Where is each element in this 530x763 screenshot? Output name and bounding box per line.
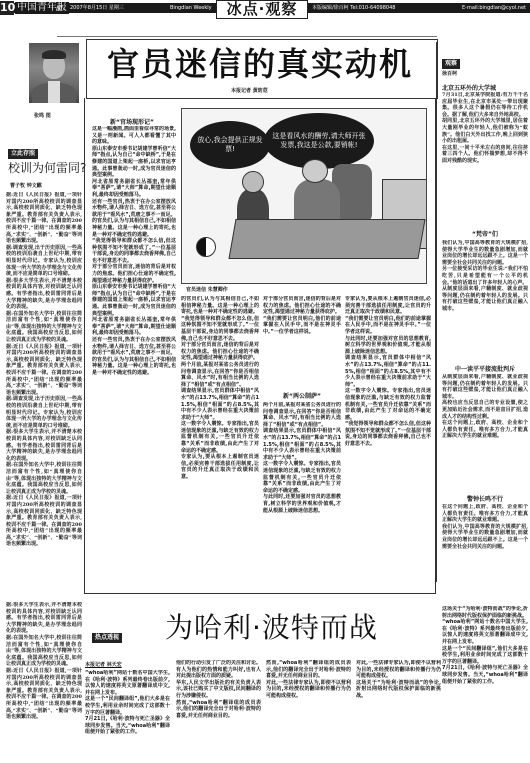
right-paragraph: 另一位接受采访的毕业生说:“我们不怕吃苦,只是希望能有一个公平的机会。”他的话道… [442,266,528,286]
right-body-4: 在这个问题上,政府、高校、企业和个人都负有责任。唯有多方合力,才能真正解决大学生… [442,504,528,600]
bottom-col-2: 他们的行动引发了广泛的关注和讨论。有人为他们的热情和能力叫好,也有人对此提出版权… [176,660,261,763]
contact-email: E-mail:bingdian@cyol.net [462,4,526,12]
weekly-name: Bingdian Weekly [170,4,212,12]
right-column-label: 观察 [442,59,460,69]
main-paragraph: “我觉得领导和群众都不怎么信,但这种氛围不知不觉就形成了。”一位基层干部说,身边… [345,421,431,447]
right-paragraph: 高校也应当反思自己的专业设置,使之更加贴近社会需求,而不是盲目扩招,造成人才的结… [442,400,528,420]
photo-shirt [48,81,60,103]
bottom-paragraph: 这是一个“民间翻译组”,他们大多是在校学生,利用业余时间完成了这部数十万字的巨著… [85,696,170,716]
bottom-column-label: 热点透视 [92,633,122,643]
main-paragraph: 的官员们,认为与其相信自己,不如相信神秘力量。这是一种心理上的寄托,也是一种对不… [92,357,176,377]
photo-caption: 张鸣 图 [34,112,51,119]
right-paragraph: 我们认为,中国高等教育的大规模扩招,使得大学毕业生的数量急剧增加,而就业岗位的增… [442,240,528,266]
section-title: 冰点·观察 [216,0,308,19]
title-frame [57,36,437,38]
main-paragraph: 这是一幅漫画,画面里看似寻常的场景,又是一则新闻。可人人都看懂了其中的意味。 [92,126,176,146]
author-photo [29,43,79,103]
main-title: 官员迷信的真实动机 [107,46,413,82]
main-paragraph: 还有一些官员,热衷于在办公室摆放风水物件,请人择吉日、选方位,甚至将公款用于“看… [92,337,176,357]
bottom-paragraph: 7月21日,《哈利·波特与死亡圣器》全球同步发售。当天,“whoa哈利”翻译组便… [85,716,170,736]
right-subhead-1: “梵帝”们 [442,229,528,238]
official-figure [294,179,340,224]
left-column-label: 立此存照 [8,149,38,159]
right-title: 北京五环外的大学城 [442,83,496,92]
main-paragraph: 对于部分官员而言,迷信的背后是对权力的焦虑。他们担心仕途的不确定性,渴望通过神秘… [263,296,341,316]
main-paragraph: 专家认为,要从根本上遏制官员迷信,必须完善干部选拔任用制度,让官员的升迁真正取决… [345,296,431,316]
left-paragraph: 据:近日《人民日报》报道,一项针对国内200所高校校训的调查显示,高校校训同质化… [6,192,82,245]
right-subhead-2: 中一读平平接流批判斥 [442,364,528,373]
bottom-paragraph: 对此,一些法律专家认为,即使不以营利为目的,未经授权的翻译和传播行为仍可能构成侵… [266,680,351,700]
page-number: 10 [0,1,14,15]
main-paragraph: 专家认为,要从根本上遏制官员迷信,必须完善干部选拔任用制度,让官员的升迁真正取决… [181,454,259,480]
main-paragraph: 调查结果显示,官员群体中相信“风水”的占13.7%,相信“算命”的占11.5%,… [181,388,259,421]
right-paragraph: 在这里,一间十平米左右的房间,往往挤着三四个人。他们怀揣梦想,却不得不面对残酷的… [442,145,528,165]
bottom-paragraph: 对此,一些法律专家认为,即使不以营利为目的,未经授权的翻译和传播行为仍可能构成侵… [356,660,441,680]
main-paragraph: 对于部分官员而言,迷信的背后是对权力的焦虑。他们担心仕途的不确定性,渴望通过神秘… [181,342,259,362]
bottom-paragraph: 这场关于“为哈利·波特而战”的争论,折射出网络时代版权保护面临的新挑战。 [356,680,441,700]
office-desk [228,219,425,259]
left-paragraph: 据:近日《人民日报》报道,一项针对国内200所高校校训的调查显示,高校校训同质化… [6,495,82,548]
fortune-teller-head [242,171,264,193]
main-paragraph: 还有一些官员,热衷于在办公室摆放风水物件,请人择吉日、选方位,甚至将公款用于“看… [92,199,176,219]
right-body-1: 7月31日,北京某学院报道:有万千千名应届毕业生,在北京市某处一带出现聚集。很多… [442,92,528,220]
official-head [302,159,328,183]
taiji-symbol-icon [196,237,216,257]
section-heading-1: 新“官场现形记” [92,117,172,126]
main-paragraph: “我觉得领导和群众都不怎么信,但这种氛围不知不觉就形成了。”一位基层干部说,身边… [92,238,176,264]
main-col-3: 两个月前,某报对某省公务员进行的问卷调查显示,在回答“你是否相信算命、风水”时,… [263,402,341,591]
main-paragraph: 这一数字令人震惊。专家指出,官员迷信现象的泛滥,与缺乏有效的权力监督机制有关,一… [181,421,259,454]
left-paragraph: 据:很多大学生表示,并不清楚本校校训的具体内容,对校训缺乏认同感。有学者指出,校… [6,278,82,311]
right-paragraph: 从制度层面来看,户籍制度、就业歧视等问题,仍在制约着年轻人的发展。只有打破这些壁… [442,374,528,400]
main-paragraph: “我们需要让官员明白,他们的前途掌握在人民手中,而不是在神灵手中。”一位学者这样… [263,316,341,336]
main-paragraph: 这一数字令人震惊。专家指出,官员迷信现象的泛滥,与缺乏有效的权力监督机制有关,一… [345,388,431,421]
bottom-byline: 本报记者 林天宏 [85,661,122,668]
bottom-paragraph: 这是一个“民间翻译组”,他们大多是在校学生,利用业余时间完成了这部数十万字的巨著… [442,646,528,666]
left-paragraph: 据:近日《人民日报》报道,一项针对国内200所高校校训的调查显示,高校校训同质化… [6,668,82,721]
left-headline: 校训为何雷同? [8,161,86,175]
right-body-2: 我们认为,中国高等教育的大规模扩招,使得大学毕业生的数量急剧增加,而就业岗位的增… [442,240,528,362]
main-paragraph: 调查结果显示,官员群体中相信“风水”的占13.7%,相信“算命”的占11.5%,… [263,428,341,461]
left-article-body: 据:近日《人民日报》报道,一项针对国内200所高校校训的调查显示,高校校训同质化… [6,192,82,600]
bottom-paragraph: “whoa哈利”网站十数名中国大学生,在《哈利·波特》系列最终卷出版前夕,以惊人… [442,619,528,645]
right-paragraph: 我们认为,中国高等教育的大规模扩招,使得大学毕业生的数量急剧增加,而就业岗位的增… [442,524,528,550]
main-col-2: 的官员们,认为与其相信自己,不如相信神秘力量。这是一种心理上的寄托,也是一种对不… [181,296,259,591]
main-paragraph: 原山东泰安市委书记胡建学曾听信“大师”指点,认为自己“命中缺桥”,于是在修建的国… [92,146,176,179]
left-author: 曹子牧 钟文麒 [10,182,42,189]
main-paragraph: 的官员们,认为与其相信自己,不如相信神秘力量。这是一种心理上的寄托,也是一种对不… [181,296,259,316]
main-paragraph: 两个月前,某报对某省公务员进行的问卷调查显示,在回答“你是否相信算命、风水”时,… [181,362,259,388]
main-col-1: 这是一幅漫画,画面里看似寻常的场景,又是一则新闻。可人人都看懂了其中的意味。 原… [92,126,176,591]
main-paragraph: “我觉得领导和群众都不怎么信,但这种氛围不知不觉就形成了。”一位基层干部说,身边… [181,316,259,342]
bottom-col-1: “whoa哈利”网站十数名中国大学生,在《哈利·波特》系列最终卷出版前夕,以惊人… [85,670,170,763]
left-paragraph: 据:调查发现,出于历史原因,一些高校的校训沿袭自上世纪中期,带有明显时代印记。专… [6,245,82,278]
left-paragraph: 据:很多大学生表示,并不清楚本校校训的具体内容,对校训缺乏认同感。有学者指出,校… [6,602,82,635]
page-header: 10 中国青年报 //// 2007年8月15日 星期三 Bingdian We… [0,0,530,17]
bottom-paragraph: 7月21日,《哈利·波特与死亡圣器》全球同步发售。当天,“whoa哈利”翻译组便… [442,665,528,685]
bottom-paragraph: 这场关于“为哈利·波特而战”的争论,折射出网络时代版权保护面临的新挑战。 [442,606,528,619]
bottom-col-5: 这场关于“为哈利·波特而战”的争论,折射出网络时代版权保护面临的新挑战。 “wh… [442,606,528,763]
main-paragraph: 调查结果显示,官员群体中相信“风水”的占13.7%,相信“算命”的占11.5%,… [345,355,431,388]
right-author: 徐百柯 [442,70,457,77]
right-paragraph: 胡同里,北京五环外的大学城里,居住着大量刚毕业的年轻人,他们被称为“蚁族”。他们… [442,118,528,144]
editor-info: 本版编辑/徐百柯 Tel:010-64098048 [312,4,395,12]
speech-bubble-left: 放心,我会提供正规发票! [190,121,270,169]
main-paragraph: 这一数字令人震惊。专家指出,官员迷信现象的泛滥,与缺乏有效的权力监督机制有关,一… [263,461,341,494]
left-paragraph: 据:很多大学生表示,并不清楚本校校训的具体内容,对校训缺乏认同感。有学者指出,校… [6,429,82,462]
main-col-3-top: 对于部分官员而言,迷信的背后是对权力的焦虑。他们担心仕途的不确定性,渴望通过神秘… [263,296,341,378]
main-paragraph: 河北省原常务副省长丛福奎,常年供奉“菩萨”,请“大师”算命,期望仕途顺利,最终却… [92,179,176,199]
left-paragraph: 据:在国外知名大学中,校训往往简洁而富有个性,如“真理使你自由”等,体现出独特的… [6,311,82,344]
title-box: 官员迷信的真实动机 本报记者 黄昉苨 [86,39,438,99]
main-paragraph: “我们需要让官员明白,他们的前途掌握在人民手中,而不是在神灵手中。”一位学者这样… [345,316,431,336]
main-paragraph: 原山东泰安市委书记胡建学曾听信“大师”指点,认为自己“命中缺桥”,于是在修建的国… [92,284,176,317]
bottom-paragraph: 华东,人民文学出版社的有关负责人表示,该社已购买了中文版权,民间翻译的行为涉嫌侵… [176,680,261,700]
main-paragraph: 的官员们,认为与其相信自己,不如相信神秘力量。这是一种心理上的寄托,也是一种对不… [92,218,176,238]
cartoon-caption: 官员迷信 朱慧卿作 [186,286,228,293]
right-paragraph: 在这个问题上,政府、高校、企业和个人都负有责任。唯有多方合力,才能真正解决大学生… [442,504,528,524]
main-paragraph: 两个月前,某报对某省公务员进行的问卷调查显示,在回答“你是否相信算命、风水”时,… [263,402,341,428]
right-subhead-3: 警钟长鸣不行 [442,494,528,503]
photo-hair [42,50,66,59]
right-paragraph: 从制度层面来看,户籍制度、就业歧视等问题,仍在制约着年轻人的发展。只有打破这些壁… [442,286,528,312]
bottom-paragraph: 他们的行动引发了广泛的关注和讨论。有人为他们的热情和能力叫好,也有人对此提出版权… [176,660,261,680]
right-paragraph: 7月31日,北京某学院报道:有万千千名应届毕业生,在北京市某处一带出现聚集。很多… [442,92,528,118]
main-paragraph: 河北省原常务副省长丛福奎,常年供奉“菩萨”,请“大师”算命,期望仕途顺利,最终却… [92,317,176,337]
bottom-paragraph: “whoa哈利”网站十数名中国大学生,在《哈利·波特》系列最终卷出版前夕,以惊人… [85,670,170,696]
bottom-paragraph: 然而,“whoa哈利”翻译组的成员表示,他们的翻译完全出于对哈利·波特的喜爱,并… [266,660,351,680]
bottom-col-4: 对此,一些法律专家认为,即使不以营利为目的,未经授权的翻译和传播行为仍可能构成侵… [356,660,441,763]
issue-date: 2007年8月15日 星期三 [70,4,124,12]
main-byline: 本报记者 黄昉苨 [231,88,268,94]
right-body-3: 从制度层面来看,户籍制度、就业歧视等问题,仍在制约着年轻人的发展。只有打破这些壁… [442,374,528,492]
main-paragraph: 对于部分官员而言,迷信的背后是对权力的焦虑。他们担心仕途的不确定性,渴望通过神秘… [92,264,176,284]
bottom-col-3: 然而,“whoa哈利”翻译组的成员表示,他们的翻译完全出于对哈利·波特的喜爱,并… [266,660,351,763]
left-paragraph: 据:在国外知名大学中,校训往往简洁而富有个性,如“真理使你自由”等,体现出独特的… [6,462,82,495]
left-paragraph: 据:调查发现,出于历史原因,一些高校的校训沿袭自上世纪中期,带有明显时代印记。专… [6,396,82,429]
right-divider [436,42,437,582]
main-col-4: 专家认为,要从根本上遏制官员迷信,必须完善干部选拔任用制度,让官员的升迁真正取决… [345,296,431,591]
header-stripes: //// [56,4,61,12]
bottom-headline: 为哈利·波特而战 [165,612,378,644]
left-col-bottom: 据:很多大学生表示,并不清楚本校校训的具体内容,对校训缺乏认同感。有学者指出,校… [6,602,82,763]
left-paragraph: 据:在国外知名大学中,校训往往简洁而富有个性,如“真理使你自由”等,体现出独特的… [6,635,82,668]
bottom-paragraph: 然而,“whoa哈利”翻译组的成员表示,他们的翻译完全出于对哈利·波特的喜爱,并… [176,700,261,720]
right-paragraph: 在这个问题上,政府、高校、企业和个人都负有责任。唯有多方合力,才能真正解决大学生… [442,420,528,440]
main-paragraph: 与此同时,还要加强对官员的思想教育,树立科学的世界观和价值观,才能从根源上破除迷… [263,494,341,514]
left-paragraph: 据:近日《人民日报》报道,一项针对国内200所高校校训的调查显示,高校校训同质化… [6,344,82,397]
editorial-cartoon: 放心,我会提供正规发票! 这是看风水的酬劳,请大师开张发票,我这是公款,要销帐! [181,108,427,284]
main-paragraph: 与此同时,还要加强对官员的思想教育,树立科学的世界观和价值观,才能从根源上破除迷… [345,336,431,356]
section-heading-3: 新“两公制萨” [263,391,341,400]
